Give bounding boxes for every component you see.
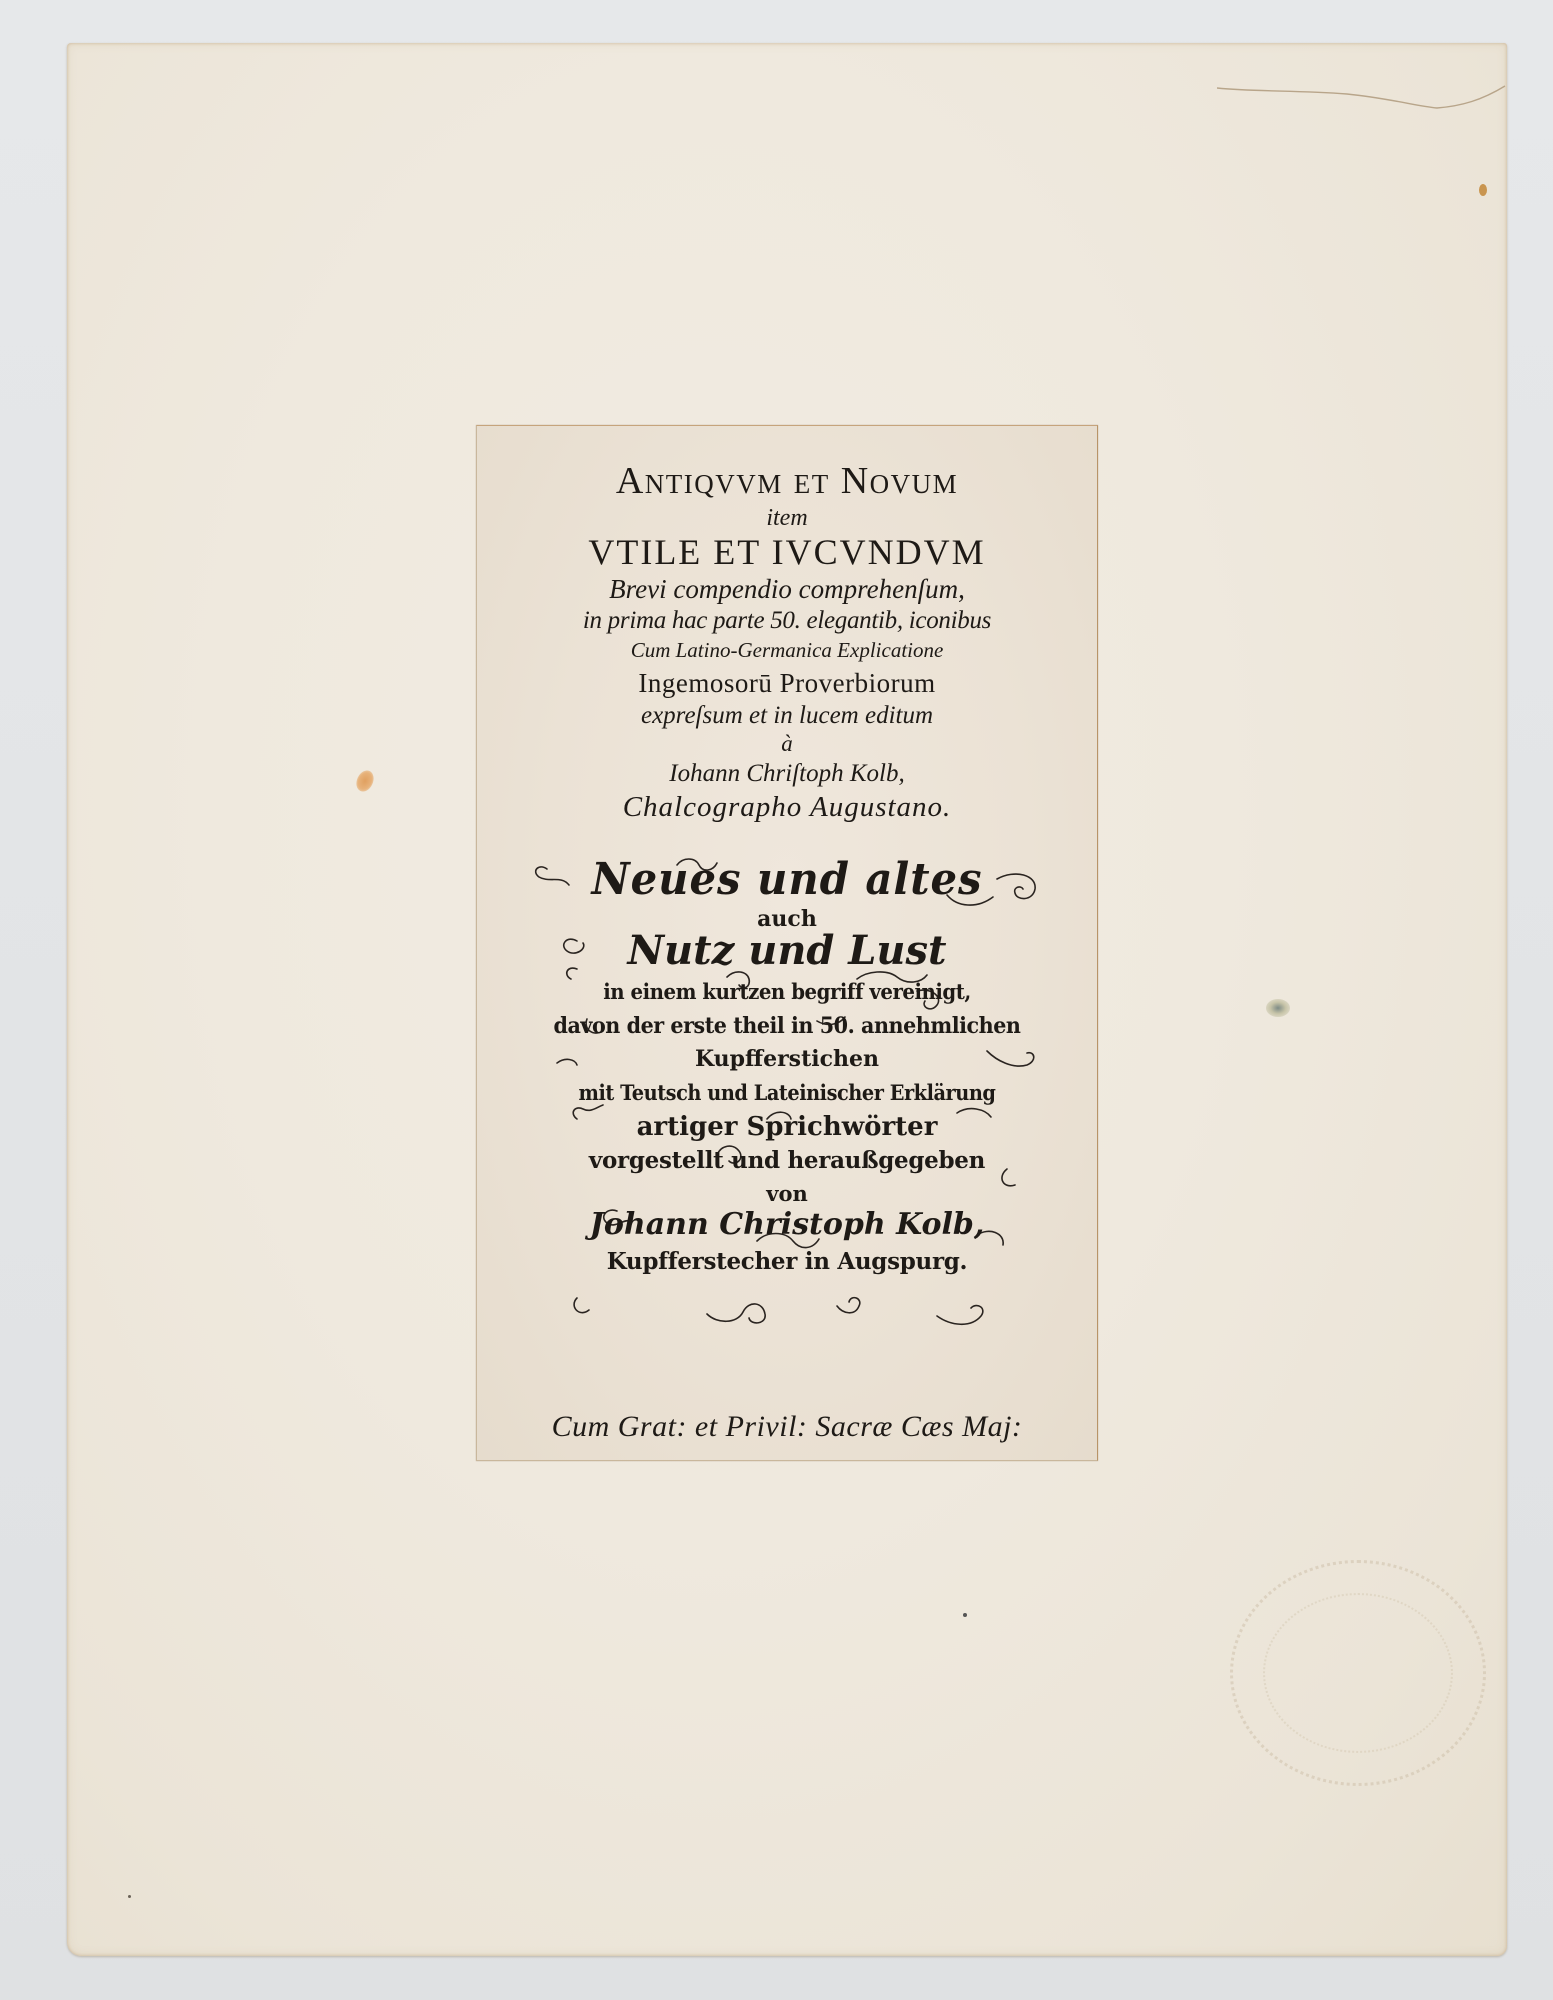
latin-line-3: Brevi compendio comprehenſum, xyxy=(477,576,1097,603)
german-author: Johann Christoph Kolb, xyxy=(477,1210,1097,1240)
blind-stamp-inner-ring xyxy=(1263,1593,1453,1753)
paper-crease-icon xyxy=(1217,84,1507,124)
german-line-9: vorgestellt und heraußgegeben xyxy=(477,1149,1097,1172)
latin-author-title: Chalcographo Augustano. xyxy=(477,793,1097,822)
german-line-6: Kupfferstichen xyxy=(477,1048,1097,1070)
ink-dot xyxy=(963,1613,967,1617)
german-line-8: artiger Sprichwörter xyxy=(477,1114,1097,1140)
german-line-5: davon der erste theil in 50. annehmliche… xyxy=(496,1015,1079,1037)
latin-item: item xyxy=(477,506,1097,530)
latin-line-8: à xyxy=(477,732,1097,755)
german-line-7: mit Teutsch und Lateinischer Erklärung xyxy=(502,1082,1072,1103)
german-author-title: Kupfferstecher in Augspurg. xyxy=(477,1250,1097,1273)
latin-title-line-1: Antiqvvm et Novum xyxy=(477,462,1097,500)
latin-author: Iohann Chriſtoph Kolb, xyxy=(477,761,1097,786)
ink-dot xyxy=(128,1895,131,1898)
latin-line-5: Cum Latino-Germanica Explicatione xyxy=(477,640,1097,661)
german-title-line-3: Nutz und Lust xyxy=(477,931,1097,971)
latin-line-7: expreſsum et in lucem editum xyxy=(477,703,1097,728)
german-line-4: in einem kurtzen begriff vereinigt, xyxy=(496,981,1079,1002)
foxing-spot xyxy=(1266,999,1290,1017)
latin-line-6: Ingemosorū Proverbiorum xyxy=(477,670,1097,697)
foxing-spot xyxy=(1479,184,1487,196)
latin-line-4: in prima hac parte 50. elegantib, iconib… xyxy=(477,608,1097,633)
title-card: Antiqvvm et Novum item VTILE ET IVCVNDVM… xyxy=(476,425,1098,1461)
blind-stamp-icon xyxy=(1230,1560,1486,1786)
german-line-10: von xyxy=(477,1183,1097,1204)
german-title-line-1: Neues und altes xyxy=(493,858,1082,902)
latin-title-line-2: VTILE ET IVCVNDVM xyxy=(477,534,1097,570)
imperial-privilege: Cum Grat: et Privil: Sacræ Cæs Maj: xyxy=(477,1412,1097,1442)
bottom-flourish-icon xyxy=(537,1288,1057,1348)
